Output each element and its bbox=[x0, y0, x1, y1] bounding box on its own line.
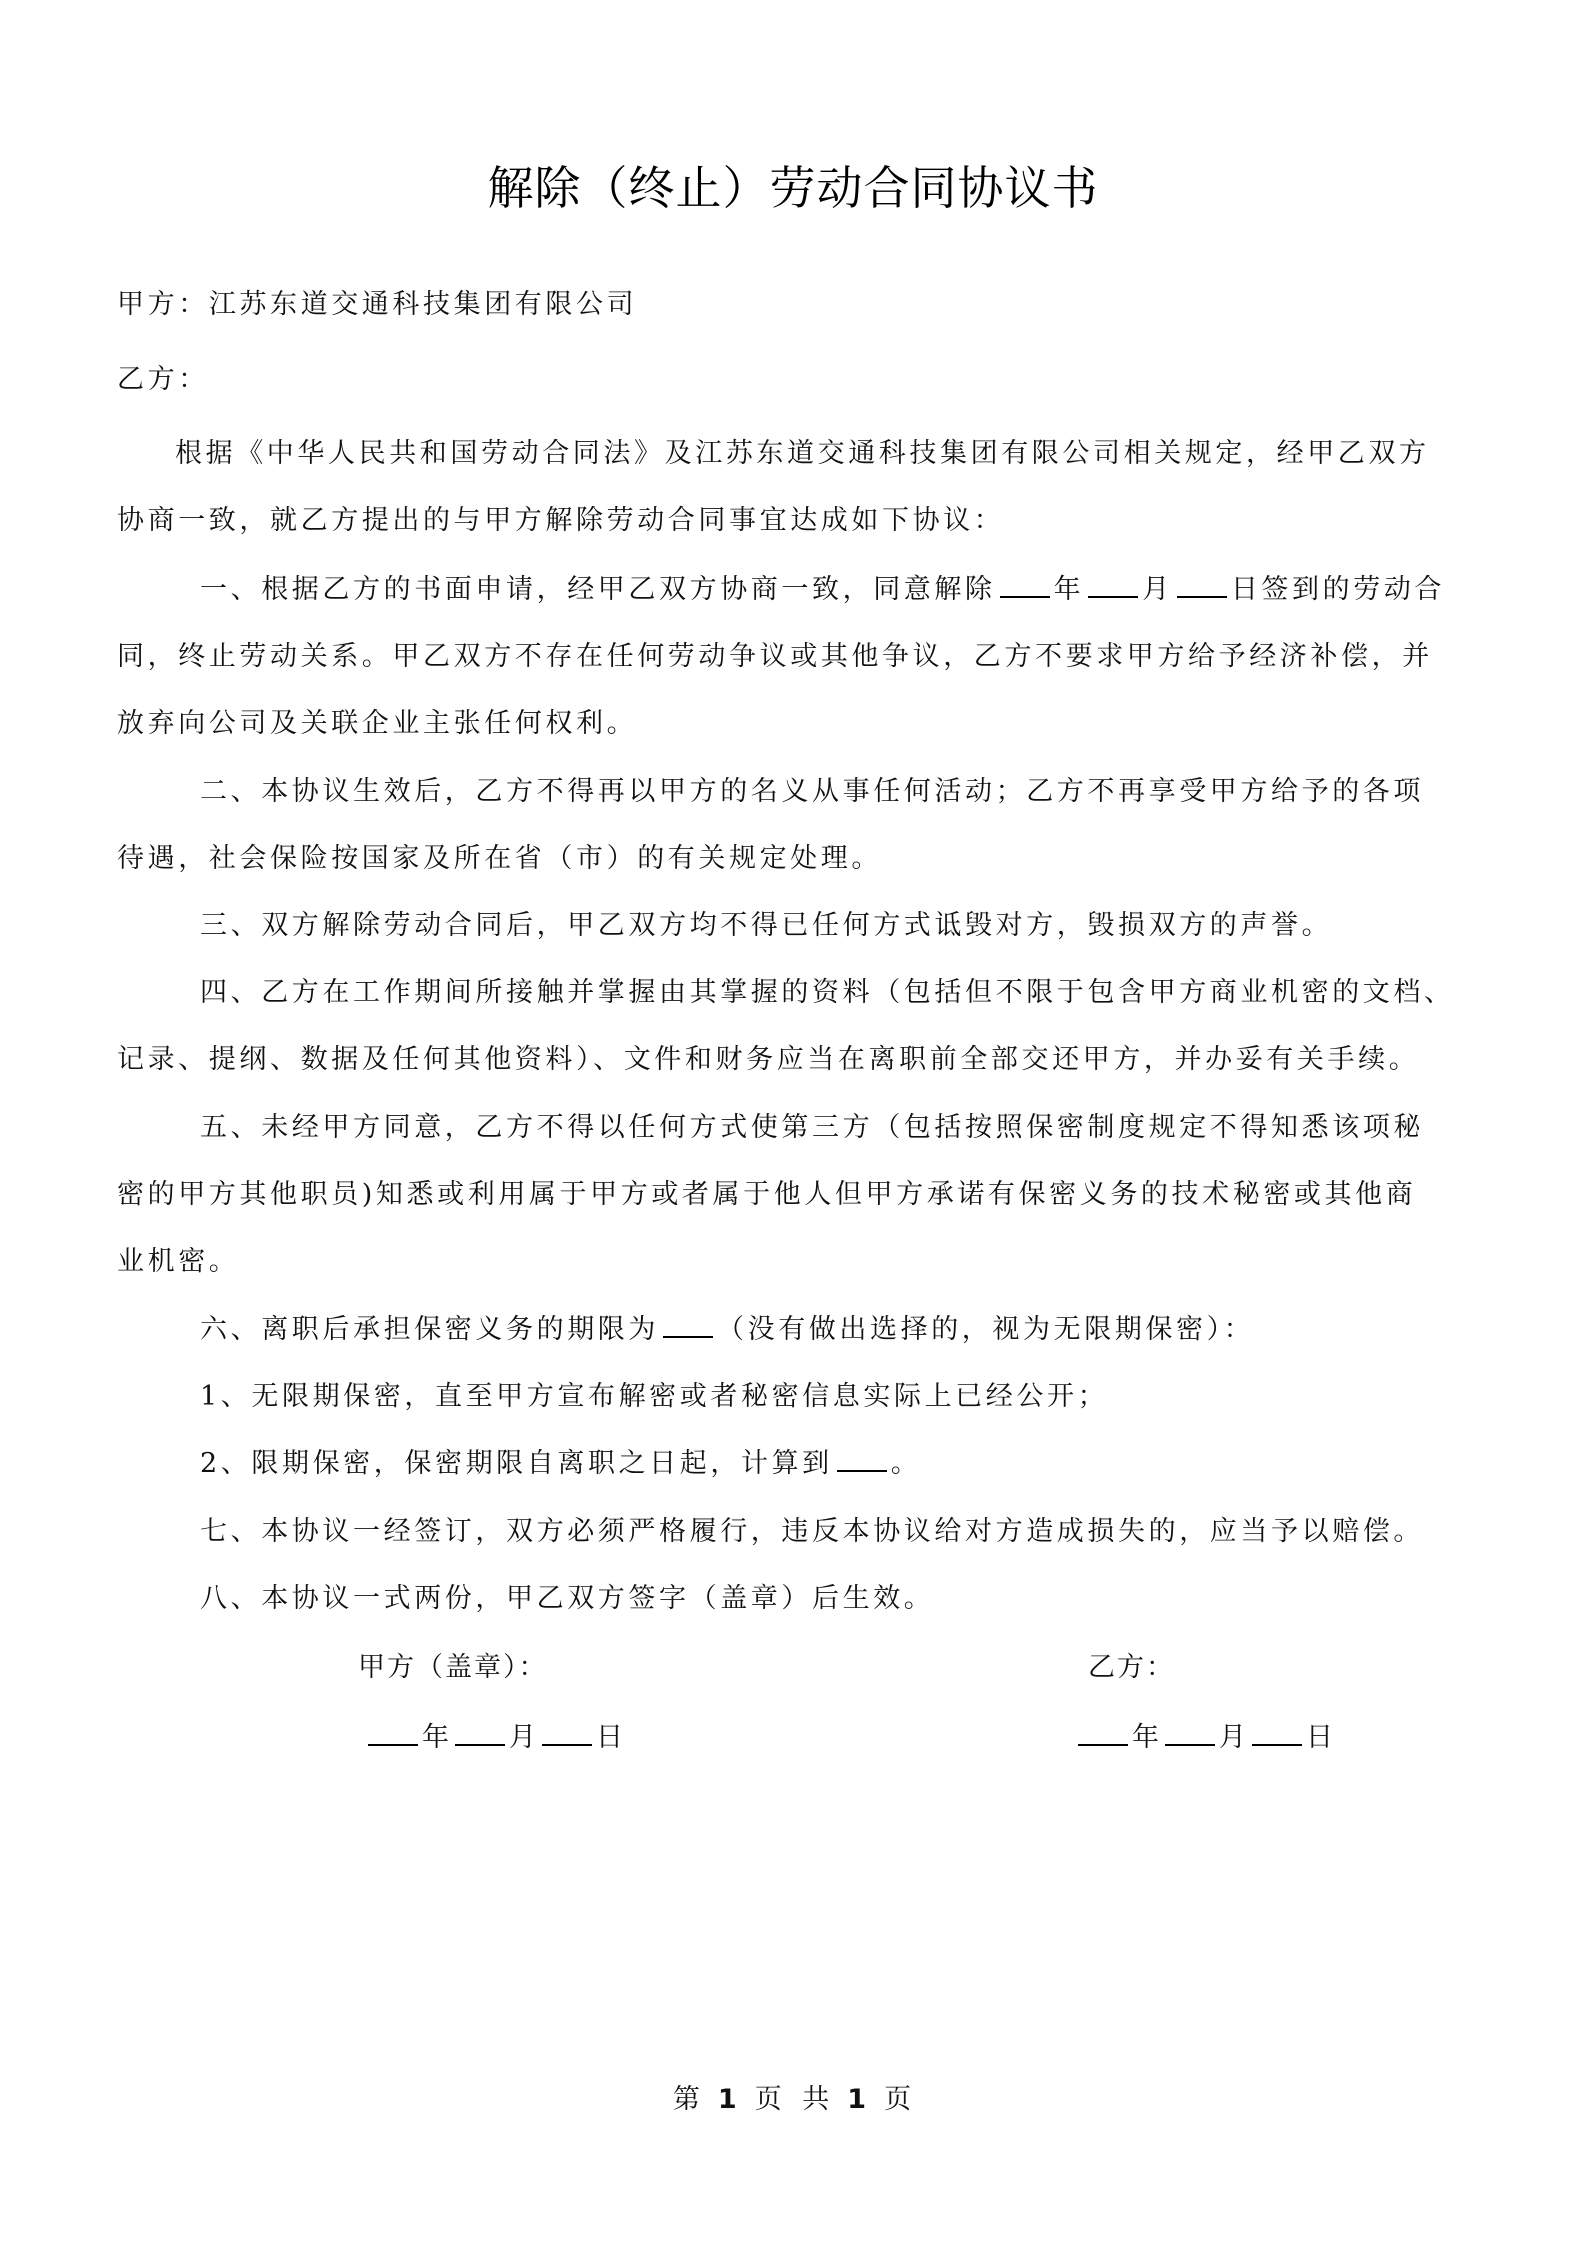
footer-suffix: 页 bbox=[884, 2084, 913, 2115]
clause-3: 三、双方解除劳动合同后，甲乙双方均不得已任何方式诋毁对方，毁损双方的声誉。 bbox=[200, 906, 1560, 946]
party-a-date: 年月日 bbox=[368, 1718, 625, 1758]
footer-page-word: 页 bbox=[755, 2084, 784, 2115]
page-footer: 第1页 共1页 bbox=[0, 2080, 1586, 2120]
day-label: 日 bbox=[596, 1722, 625, 1753]
footer-total-word: 共 bbox=[802, 2084, 831, 2115]
blank-year bbox=[1000, 572, 1050, 598]
clause-6-text-a: 六、离职后承担保密义务的期限为 bbox=[200, 1314, 659, 1345]
year-label: 年 bbox=[422, 1722, 451, 1753]
footer-prefix: 第 bbox=[673, 2084, 702, 2115]
clause-6-option-1: 1、无限期保密，直至甲方宣布解密或者秘密信息实际上已经公开； bbox=[200, 1377, 1560, 1417]
clause-7: 七、本协议一经签订，双方必须严格履行，违反本协议给对方造成损失的，应当予以赔偿。 bbox=[200, 1512, 1560, 1552]
intro-line-1: 根据《中华人民共和国劳动合同法》及江苏东道交通科技集团有限公司相关规定，经甲乙双… bbox=[175, 434, 1535, 474]
year-label: 年 bbox=[1132, 1722, 1161, 1753]
party-b-date: 年月日 bbox=[1078, 1718, 1335, 1758]
option-2-text: 2、限期保密，保密期限自离职之日起，计算到 bbox=[200, 1448, 833, 1479]
month-label: 月 bbox=[1142, 574, 1173, 605]
party-b-blank-day bbox=[1252, 1720, 1302, 1746]
party-a-blank-year bbox=[368, 1720, 418, 1746]
clause-5-line-3: 业机密。 bbox=[117, 1242, 1477, 1282]
clause-1-line-3: 放弃向公司及关联企业主张任何权利。 bbox=[117, 704, 1477, 744]
party-b-blank-year bbox=[1078, 1720, 1128, 1746]
clause-2-line-2: 待遇，社会保险按国家及所在省（市）的有关规定处理。 bbox=[117, 839, 1477, 879]
clause-6-text-b: （没有做出选择的，视为无限期保密）： bbox=[717, 1314, 1254, 1345]
year-label: 年 bbox=[1054, 574, 1085, 605]
party-a-blank-day bbox=[542, 1720, 592, 1746]
clause-5-line-1: 五、未经甲方同意，乙方不得以任何方式使第三方（包括按照保密制度规定不得知悉该项秘 bbox=[200, 1108, 1560, 1148]
party-a-signature-label: 甲方（盖章）： bbox=[358, 1648, 548, 1688]
clause-4-line-1: 四、乙方在工作期间所接触并掌握由其掌握的资料（包括但不限于包含甲方商业机密的文档… bbox=[200, 973, 1560, 1013]
blank-month bbox=[1088, 572, 1138, 598]
clause-2-line-1: 二、本协议生效后，乙方不得再以甲方的名义从事任何活动；乙方不再享受甲方给予的各项 bbox=[200, 772, 1560, 812]
day-label: 日 bbox=[1306, 1722, 1335, 1753]
total-page-number: 1 bbox=[847, 2084, 868, 2115]
blank-end-date bbox=[837, 1446, 887, 1472]
clause-5-line-2: 密的甲方其他职员)知悉或利用属于甲方或者属于他人但甲方承诺有保密义务的技术秘密或… bbox=[117, 1175, 1477, 1215]
party-b-label: 乙方： bbox=[117, 364, 209, 395]
party-b-signature-label: 乙方： bbox=[1088, 1648, 1175, 1688]
clause-1-text-b: 日签到的劳动合 bbox=[1231, 574, 1445, 605]
clause-6-line: 六、离职后承担保密义务的期限为（没有做出选择的，视为无限期保密）： bbox=[200, 1310, 1560, 1350]
current-page-number: 1 bbox=[718, 2084, 739, 2115]
document-title: 解除（终止）劳动合同协议书 bbox=[0, 158, 1586, 218]
month-label: 月 bbox=[509, 1722, 538, 1753]
blank-day bbox=[1177, 572, 1227, 598]
clause-1-line-1: 一、根据乙方的书面申请，经甲乙双方协商一致，同意解除年月日签到的劳动合 bbox=[200, 570, 1560, 610]
party-a-name: 江苏东道交通科技集团有限公司 bbox=[209, 289, 637, 320]
clause-8: 八、本协议一式两份，甲乙双方签字（盖章）后生效。 bbox=[200, 1579, 1560, 1619]
option-2-period: 。 bbox=[891, 1448, 922, 1479]
party-a-line: 甲方：江苏东道交通科技集团有限公司 bbox=[117, 285, 1477, 325]
clause-1-text-a: 一、根据乙方的书面申请，经甲乙双方协商一致，同意解除 bbox=[200, 574, 996, 605]
party-a-label: 甲方： bbox=[117, 289, 209, 320]
clause-1-line-2: 同，终止劳动关系。甲乙双方不存在任何劳动争议或其他争议，乙方不要求甲方给予经济补… bbox=[117, 637, 1477, 677]
clause-4-line-2: 记录、提纲、数据及任何其他资料）、文件和财务应当在离职前全部交还甲方，并办妥有关… bbox=[117, 1040, 1477, 1080]
document-page: 解除（终止）劳动合同协议书 甲方：江苏东道交通科技集团有限公司 乙方： 根据《中… bbox=[0, 0, 1586, 2244]
month-label: 月 bbox=[1219, 1722, 1248, 1753]
party-b-blank-month bbox=[1165, 1720, 1215, 1746]
party-a-blank-month bbox=[455, 1720, 505, 1746]
blank-confidentiality-period bbox=[663, 1312, 713, 1338]
party-b-line: 乙方： bbox=[117, 360, 1477, 400]
clause-6-option-2: 2、限期保密，保密期限自离职之日起，计算到。 bbox=[200, 1444, 1560, 1484]
intro-line-2: 协商一致，就乙方提出的与甲方解除劳动合同事宜达成如下协议： bbox=[117, 501, 1477, 541]
